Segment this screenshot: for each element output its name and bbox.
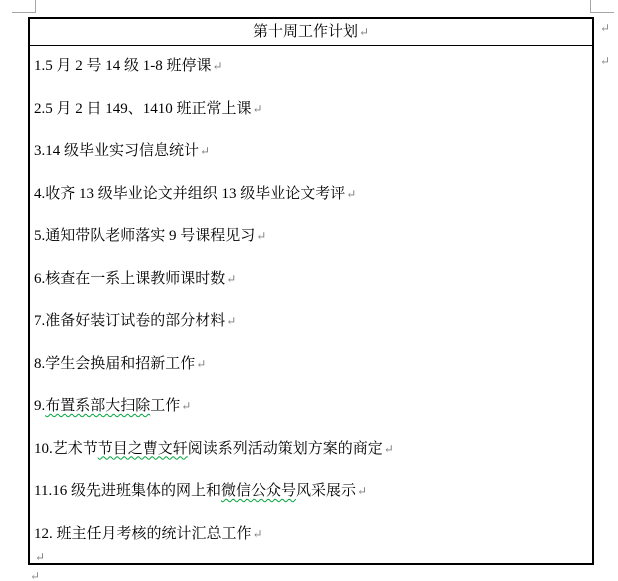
plan-item[interactable]: 12. 班主任月考核的统计汇总工作↵ xyxy=(34,524,586,545)
plan-item[interactable]: 3.14 级毕业实习信息统计↵ xyxy=(34,141,586,162)
plan-item-text: 8.学生会换届和招新工作 xyxy=(34,356,195,372)
paragraph-mark-icon: ↵ xyxy=(252,102,263,116)
paragraph-mark-icon: ↵ xyxy=(195,357,206,371)
grammar-squiggle-text: 微信公众号 xyxy=(221,483,296,499)
table-title-cell[interactable]: 第十周工作计划↵ xyxy=(30,19,592,46)
plan-item[interactable]: 9.布置系部大扫除工作↵ xyxy=(34,396,586,417)
paragraph-mark-icon: ↵ xyxy=(252,527,263,541)
grammar-squiggle-text: 布置系部大扫除 xyxy=(45,398,150,414)
paragraph-mark-icon: ↵ xyxy=(180,399,191,413)
plan-item-text: 1.5 月 2 号 14 级 1-8 班停课 xyxy=(34,58,212,74)
grammar-squiggle-text: 节目之曹文轩 xyxy=(98,441,188,457)
paragraph-mark-icon: ↵ xyxy=(358,25,369,39)
plan-item-text: 3.14 级毕业实习信息统计 xyxy=(34,143,199,159)
plan-item[interactable]: 11.16 级先进班集体的网上和微信公众号风采展示↵ xyxy=(34,481,586,502)
plan-item-text: 2.5 月 2 日 149、1410 班正常上课 xyxy=(34,101,252,117)
margin-crop-mark-top-right xyxy=(590,0,614,13)
plan-item[interactable]: 8.学生会换届和招新工作↵ xyxy=(34,354,586,375)
margin-crop-mark-top-left xyxy=(12,0,36,13)
plan-item-text: 7.准备好装订试卷的部分材料 xyxy=(34,313,225,329)
plan-item-text: 6.核查在一系上课教师课时数 xyxy=(34,271,225,287)
paragraph-mark-icon: ↵ xyxy=(30,570,40,581)
plan-item[interactable]: 1.5 月 2 号 14 级 1-8 班停课↵ xyxy=(34,56,586,77)
plan-item-text: 4.收齐 13 级毕业论文并组织 13 级毕业论文考评 xyxy=(34,186,345,202)
plan-item-text: 9. xyxy=(34,398,45,414)
plan-item[interactable]: 7.准备好装订试卷的部分材料↵ xyxy=(34,311,586,332)
plan-item[interactable]: 2.5 月 2 日 149、1410 班正常上课↵ xyxy=(34,99,586,120)
paragraph-mark-icon: ↵ xyxy=(225,314,236,328)
plan-item-text: 风采展示 xyxy=(296,483,356,499)
plan-item[interactable]: 5.通知带队老师落实 9 号课程见习↵ xyxy=(34,226,586,247)
table-body-cell[interactable]: 1.5 月 2 号 14 级 1-8 班停课↵ 2.5 月 2 日 149、14… xyxy=(30,46,592,563)
table-title: 第十周工作计划 xyxy=(253,24,358,40)
plan-item-text: 10.艺术节 xyxy=(34,441,98,457)
paragraph-mark-icon: ↵ xyxy=(225,272,236,286)
plan-item[interactable]: 4.收齐 13 级毕业论文并组织 13 级毕业论文考评↵ xyxy=(34,184,586,205)
document-page: ↵ ↵ ↵ 第十周工作计划↵ 1.5 月 2 号 14 级 1-8 班停课↵ 2… xyxy=(0,0,618,581)
plan-item-text: 11.16 级先进班集体的网上和 xyxy=(34,483,221,499)
work-plan-table: 第十周工作计划↵ 1.5 月 2 号 14 级 1-8 班停课↵ 2.5 月 2… xyxy=(28,17,594,565)
plan-item[interactable]: 6.核查在一系上课教师课时数↵ xyxy=(34,269,586,290)
paragraph-mark-icon: ↵ xyxy=(383,442,394,456)
end-of-row-mark-icon: ↵ xyxy=(600,55,610,67)
plan-item-text: 工作 xyxy=(150,398,180,414)
paragraph-mark-icon: ↵ xyxy=(255,229,266,243)
paragraph-mark-icon: ↵ xyxy=(212,59,223,73)
paragraph-mark-icon: ↵ xyxy=(356,484,367,498)
paragraph-mark-icon: ↵ xyxy=(34,550,45,563)
end-of-row-mark-icon: ↵ xyxy=(600,22,610,34)
plan-item-text: 5.通知带队老师落实 9 号课程见习 xyxy=(34,228,255,244)
empty-paragraph[interactable]: ↵ xyxy=(34,547,586,563)
plan-item[interactable]: 10.艺术节节目之曹文轩阅读系列活动策划方案的商定↵ xyxy=(34,439,586,460)
paragraph-mark-icon: ↵ xyxy=(345,187,356,201)
paragraph-mark-icon: ↵ xyxy=(199,144,210,158)
plan-item-text: 12. 班主任月考核的统计汇总工作 xyxy=(34,526,252,542)
plan-item-text: 阅读系列活动策划方案的商定 xyxy=(188,441,383,457)
